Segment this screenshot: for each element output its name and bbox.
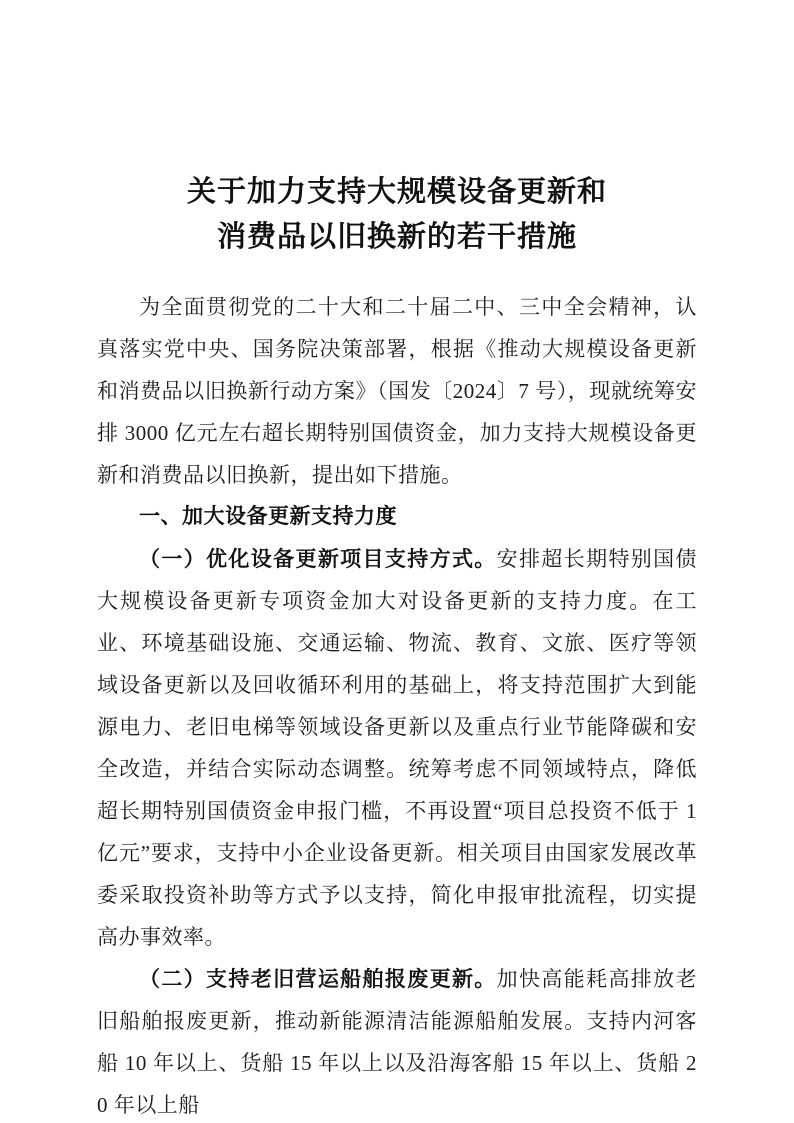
document-title: 关于加力支持大规模设备更新和 消费品以旧换新的若干措施 xyxy=(97,0,697,260)
measure-1-text: 安排超长期特别国债大规模设备更新专项资金加大对设备更新的支持力度。在工业、环境基… xyxy=(97,547,697,949)
document-content: 关于加力支持大规模设备更新和 消费品以旧换新的若干措施 为全面贯彻党的二十大和二… xyxy=(0,0,794,1123)
document-title-line-2: 消费品以旧换新的若干措施 xyxy=(97,215,697,260)
measure-2-lead: （二）支持老旧营运船舶报废更新。 xyxy=(139,967,497,991)
measure-1-lead: （一）优化设备更新项目支持方式。 xyxy=(139,547,497,571)
intro-paragraph: 为全面贯彻党的二十大和二十届二中、三中全会精神，认真落实党中央、国务院决策部署，… xyxy=(97,286,697,496)
document-title-line-1: 关于加力支持大规模设备更新和 xyxy=(97,170,697,215)
measure-2-paragraph: （二）支持老旧营运船舶报废更新。加快高能耗高排放老旧船舶报废更新，推动新能源清洁… xyxy=(97,958,697,1123)
measure-1-paragraph: （一）优化设备更新项目支持方式。安排超长期特别国债大规模设备更新专项资金加大对设… xyxy=(97,538,697,958)
section-1-heading: 一、加大设备更新支持力度 xyxy=(97,496,697,538)
document-page: 关于加力支持大规模设备更新和 消费品以旧换新的若干措施 为全面贯彻党的二十大和二… xyxy=(0,0,794,1123)
document-body: 为全面贯彻党的二十大和二十届二中、三中全会精神，认真落实党中央、国务院决策部署，… xyxy=(97,286,697,1123)
